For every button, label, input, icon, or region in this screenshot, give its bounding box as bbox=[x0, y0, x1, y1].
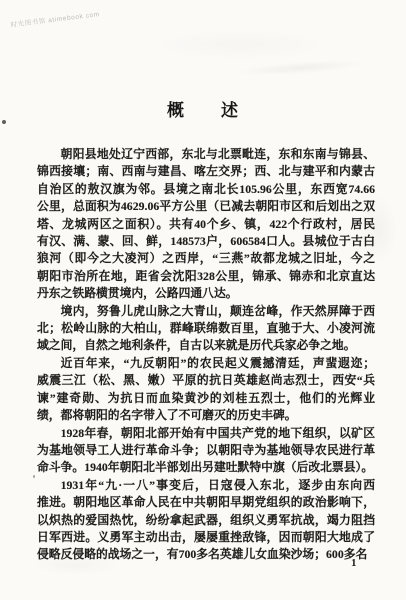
text-line: 北；松岭山脉的大柏山，群峰联绵数百里，直驰于大、小凌河流 bbox=[37, 320, 375, 337]
text-line: 域之间，自然之地利条件，自古以来就是历代兵家必争之地。 bbox=[37, 337, 375, 354]
text-line: 推进。朝阳地区革命人民在中共朝阳早期党组织的政治影响下， bbox=[37, 494, 375, 511]
text-line: 丹东之铁路横贯境内，公路四通八达。 bbox=[37, 285, 375, 302]
ink-speck bbox=[2, 120, 6, 124]
text-line: 为基地领导工人进行革命斗争；以朝阳寺为基地领导农民进行革 bbox=[37, 442, 375, 459]
text-line: 威震三江（松、黑、嫩）平原的抗日英雄赵尚志烈士，西安“兵 bbox=[37, 372, 375, 389]
scanned-book-page: 时光图书馆 atimebook com 概 述 朝阳县地处辽宁西部，东北与北票毗… bbox=[0, 0, 406, 600]
page-title: 概 述 bbox=[0, 96, 406, 121]
text-line: 绩，都将朝阳的名字带入了不可磨灭的历史丰碑。 bbox=[37, 407, 375, 424]
page-number: 1 bbox=[351, 557, 357, 569]
text-line: 公里，总面积为4629.06平方公里（已减去朝阳市区和后划出之双 bbox=[37, 198, 375, 215]
text-line: 狼河（即今之大凌河）之西岸，“三燕”故都龙城之旧址，今之 bbox=[37, 250, 375, 267]
text-line: 自治区的敖汉旗为邻。县境之南北长105.96公里，东西宽74.66 bbox=[37, 181, 375, 198]
text-line: 锦西接壤；南、西南与建昌、喀左交界；西、北与建平和内蒙古 bbox=[37, 163, 375, 180]
text-line: 1928年春，朝阳北部开始有中国共产党的地下组织，以矿区 bbox=[37, 425, 375, 442]
text-line: 谏”建奇勋、为抗日而血染黄沙的刘桂五烈士，他们的光辉业 bbox=[37, 390, 375, 407]
scan-smudge bbox=[235, 57, 366, 78]
ink-speck bbox=[33, 475, 35, 478]
body-text: 朝阳县地处辽宁西部，东北与北票毗连，东和东南与锦县、锦西接壤；南、西南与建昌、喀… bbox=[37, 146, 375, 564]
text-line: 朝阳市治所在地，距省会沈阳328公里，锦承、锦赤和北京直达 bbox=[37, 268, 375, 285]
text-line: 命斗争。1940年朝阳北半部划出另建吐默特中旗（后改北票县）。 bbox=[37, 459, 375, 476]
scan-smudge bbox=[150, 30, 330, 60]
text-line: 境内，努鲁儿虎山脉之大青山，颠连岔峰，作天然屏障于西 bbox=[37, 303, 375, 320]
text-line: 侵略反侵略的战场之一，有700多名英雄儿女血染沙场；600多名 bbox=[37, 546, 375, 563]
text-line: 有汉、满、蒙、回、鲜，148573户，606584口人。县城位于古白 bbox=[37, 233, 375, 250]
text-line: 朝阳县地处辽宁西部，东北与北票毗连，东和东南与锦县、 bbox=[37, 146, 375, 163]
watermark: 时光图书馆 atimebook com bbox=[10, 9, 100, 29]
text-line: 以炽热的爱国热忱，纷纷拿起武器，组织义勇军抗战，竭力阻挡 bbox=[37, 512, 375, 529]
text-line: 近百年来，“九反朝阳”的农民起义震撼清廷，声蜚遐迩； bbox=[37, 355, 375, 372]
text-line: 日军西进。义勇军主动出击，屡屡重挫敌锋，因而朝阳大地成了 bbox=[37, 529, 375, 546]
text-line: 塔、龙城两区之面积）。共有40个乡、镇，422个行政村，居民 bbox=[37, 216, 375, 233]
text-line: 1931年“九·一八”事变后，日寇侵入东北，逐步由东向西 bbox=[37, 477, 375, 494]
